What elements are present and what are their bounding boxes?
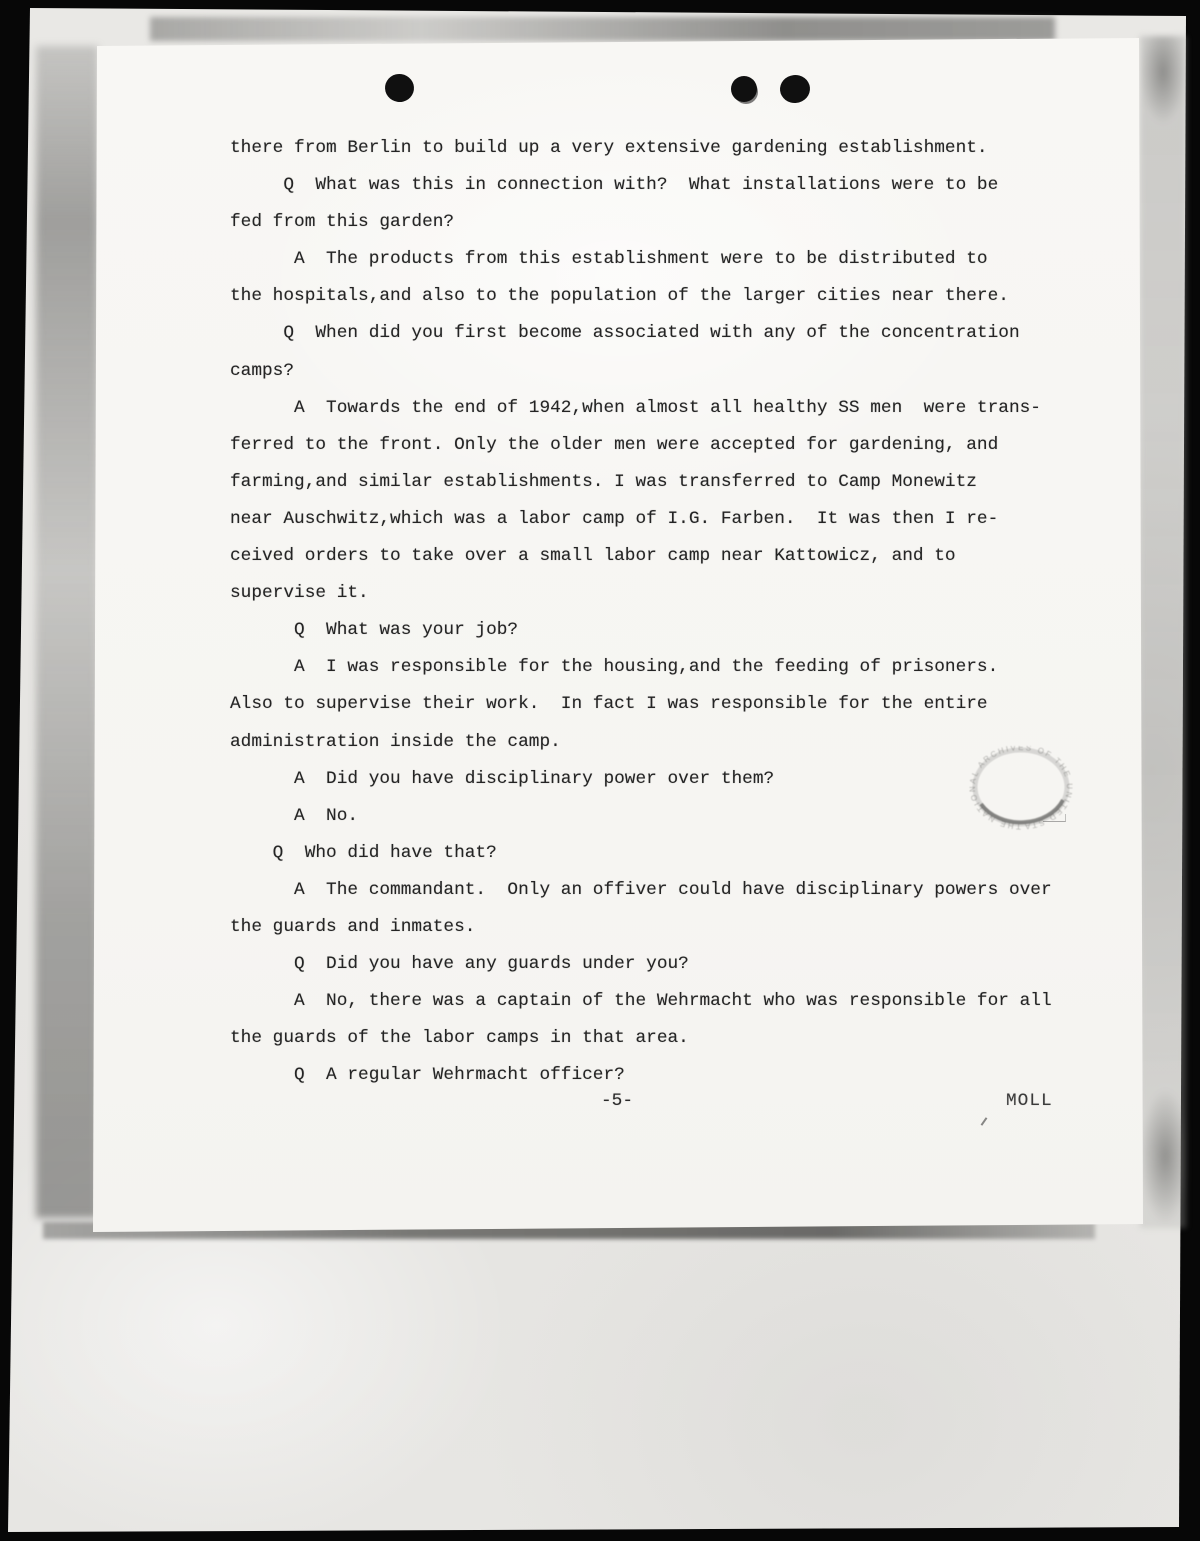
punch-hole: [779, 74, 812, 105]
typewritten-text-block: there from Berlin to build up a very ext…: [230, 130, 1052, 1094]
text-line: the hospitals,and also to the population…: [230, 278, 1052, 315]
text-line: A No, there was a captain of the Wehrmac…: [230, 983, 1052, 1020]
text-line: A The products from this establishment w…: [230, 241, 1052, 278]
text-line: Q What was this in connection with? What…: [230, 167, 1052, 204]
text-line: Q A regular Wehrmacht officer?: [230, 1057, 1052, 1094]
text-line: ceived orders to take over a small labor…: [230, 538, 1052, 575]
punch-hole: [731, 76, 757, 102]
text-line: A The commandant. Only an offiver could …: [230, 872, 1052, 909]
page-number: -5-: [601, 1091, 633, 1111]
text-line: A No.: [230, 798, 1052, 835]
text-line: A I was responsible for the housing,and …: [230, 649, 1052, 686]
text-line: Q What was your job?: [230, 612, 1052, 649]
scanned-document: there from Berlin to build up a very ext…: [0, 0, 1200, 1541]
text-line: there from Berlin to build up a very ext…: [230, 130, 1052, 167]
text-line: farming,and similar establishments. I wa…: [230, 464, 1052, 501]
text-line: supervise it.: [230, 575, 1052, 612]
text-line: administration inside the camp.: [230, 724, 1052, 761]
text-line: A Did you have disciplinary power over t…: [230, 761, 1052, 798]
text-line: the guards of the labor camps in that ar…: [230, 1020, 1052, 1057]
stray-tick-mark: [981, 1117, 988, 1126]
footer-name: MOLL: [1006, 1091, 1053, 1111]
text-line: near Auschwitz,which was a labor camp of…: [230, 501, 1052, 538]
text-line: Q Did you have any guards under you?: [230, 946, 1052, 983]
stray-pen-mark: [1043, 814, 1066, 822]
text-line: Q When did you first become associated w…: [230, 315, 1052, 352]
text-line: camps?: [230, 353, 1052, 390]
text-line: the guards and inmates.: [230, 909, 1052, 946]
paper-page: there from Berlin to build up a very ext…: [93, 38, 1143, 1234]
text-line: fed from this garden?: [230, 204, 1052, 241]
text-line: ferred to the front. Only the older men …: [230, 427, 1052, 464]
text-line: A Towards the end of 1942,when almost al…: [230, 390, 1052, 427]
text-line: Q Who did have that?: [230, 835, 1052, 872]
punch-hole: [383, 72, 416, 104]
text-line: Also to supervise their work. In fact I …: [230, 686, 1052, 723]
